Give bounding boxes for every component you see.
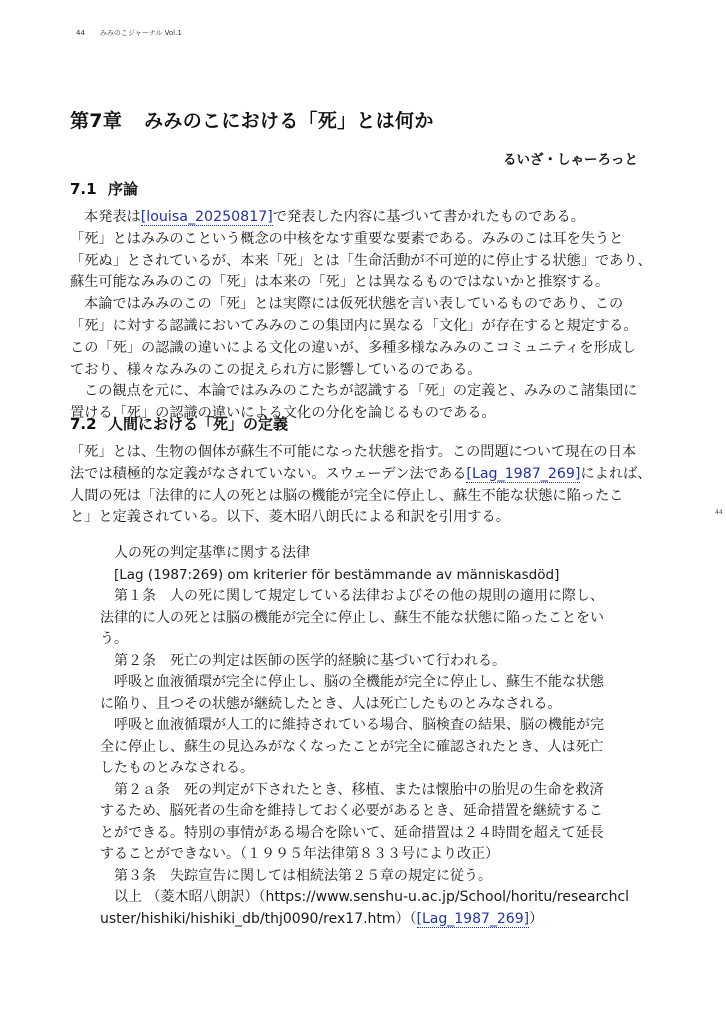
section-heading-human-death-definition: 7.2人間における「死」の定義 [70,413,288,434]
journal-title: みみのこジャーナル Vol.1 [100,28,182,38]
text-line: 人間の死は「法律的に人の死とは脳の機能が完全に停止し、蘇生不能な状態に陥ったこ [70,486,640,508]
chapter-number: 第7章 [70,110,122,132]
text-line: uster/hishiki/hishiki_db/thj0090/rex17.h… [100,909,620,931]
text-line: 本発表は[louisa_20250817]で発表した内容に基づいて書かれたもので… [70,207,640,229]
text-line: この「死」の認識の違いによる文化の違いが、多種多様なみみのこコミュニティを形成し [70,338,640,360]
line-text: ） [529,911,543,927]
section-title: 序論 [108,180,138,198]
section-number: 7.1 [70,180,108,198]
text-line: [Lag (1987:269) om kriterier för bestämm… [100,565,620,587]
text-line: と」と定義されている。以下、菱木昭八朗氏による和訳を引用する。 [70,507,640,529]
text-line: することができない。（１９９５年法律第８３３号により改正） [100,844,620,866]
text-line: う。 [100,629,620,651]
text-line: 呼吸と血液循環が完全に停止し、脳の全機能が完全に停止し、蘇生不能な状態 [100,672,620,694]
text-line: 「死」に対する認識においてみみのこの集団内に異なる「文化」が存在すると規定する。 [70,316,640,338]
line-text: 法では積極的な定義がなされていない。スウェーデン法である [70,466,466,482]
text-line: 第１条 人の死に関して規定している法律およびその他の規則の適用に際し、 [100,586,620,608]
text-line: 「死」とはみみのこという概念の中核をなす重要な要素である。みみのこは耳を失うと [70,229,640,251]
citation-link[interactable]: [louisa_20250817] [141,209,273,226]
text-line: 「死」とは、生物の個体が蘇生不可能になった状態を指す。この問題について現在の日本 [70,442,640,464]
section-body-human-death-definition: 「死」とは、生物の個体が蘇生不可能になった状態を指す。この問題について現在の日本… [70,442,640,529]
section-number: 7.2 [70,415,108,433]
chapter-title-text: みみのこにおける「死」とは何か [144,110,434,132]
line-text: によれば、 [580,466,651,482]
text-line: 第２条 死亡の判定は医師の医学的経験に基づいて行われる。 [100,651,620,673]
text-line: に陥り、且つその状態が継続したとき、人は死亡したものとみなされる。 [100,694,620,716]
line-text: で発表した内容に基づいて書かれたものである。 [273,209,585,225]
line-text: uster/hishiki/hishiki_db/thj0090/rex17.h… [100,911,417,927]
text-line: 蘇生可能なみみのこの「死」は本来の「死」とは異なるものではないかと推察する。 [70,272,640,294]
chapter-title: 第7章みみのこにおける「死」とは何か [70,106,434,133]
text-line: 第３条 失踪宣告に関しては相続法第２５章の規定に従う。 [100,866,620,888]
citation-link[interactable]: [Lag_1987_269] [466,466,580,483]
author: るいざ・しゃーろっと [503,148,638,168]
text-line: 以上 （菱木昭八朗訳）（https://www.senshu-u.ac.jp/S… [100,887,620,909]
text-line: 人の死の判定基準に関する法律 [100,543,620,565]
text-line: 本論ではみみのこの「死」とは実際には仮死状態を言い表しているものであり、この [70,294,640,316]
law-quote-block: 人の死の判定基準に関する法律[Lag (1987:269) om kriteri… [100,543,620,930]
header-page-number: 44 [76,29,85,37]
text-line: 法では積極的な定義がなされていない。スウェーデン法である[Lag_1987_26… [70,464,640,486]
text-line: とができる。特別の事情がある場合を除いて、延命措置は２４時間を超えて延長 [100,823,620,845]
text-line: この観点を元に、本論ではみみのこたちが認識する「死」の定義と、みみのこ諸集団に [70,381,640,403]
text-line: 全に停止し、蘇生の見込みがなくなったことが完全に確認されたとき、人は死亡 [100,737,620,759]
side-page-number: 44 [715,509,723,516]
text-line: したものとみなされる。 [100,758,620,780]
section-body-introduction: 本発表は[louisa_20250817]で発表した内容に基づいて書かれたもので… [70,207,640,425]
text-line: するため、脳死者の生命を維持しておく必要があるとき、延命措置を継続するこ [100,801,620,823]
text-line: 第２ａ条 死の判定が下されたとき、移植、または懐胎中の胎児の生命を救済 [100,780,620,802]
section-heading-introduction: 7.1序論 [70,178,138,199]
line-text: 本発表は [84,209,141,225]
text-line: ており、様々なみみのこの捉えられ方に影響しているのである。 [70,360,640,382]
text-line: 「死ぬ」とされているが、本来「死」とは「生命活動が不可逆的に停止する状態」であり… [70,251,640,273]
citation-link[interactable]: [Lag_1987_269] [417,911,530,928]
text-line: 法律的に人の死とは脳の機能が完全に停止し、蘇生不能な状態に陥ったことをい [100,608,620,630]
text-line: 呼吸と血液循環が人工的に維持されている場合、脳検査の結果、脳の機能が完 [100,715,620,737]
running-header: 44 みみのこジャーナル Vol.1 [76,28,182,38]
section-title: 人間における「死」の定義 [108,415,288,433]
